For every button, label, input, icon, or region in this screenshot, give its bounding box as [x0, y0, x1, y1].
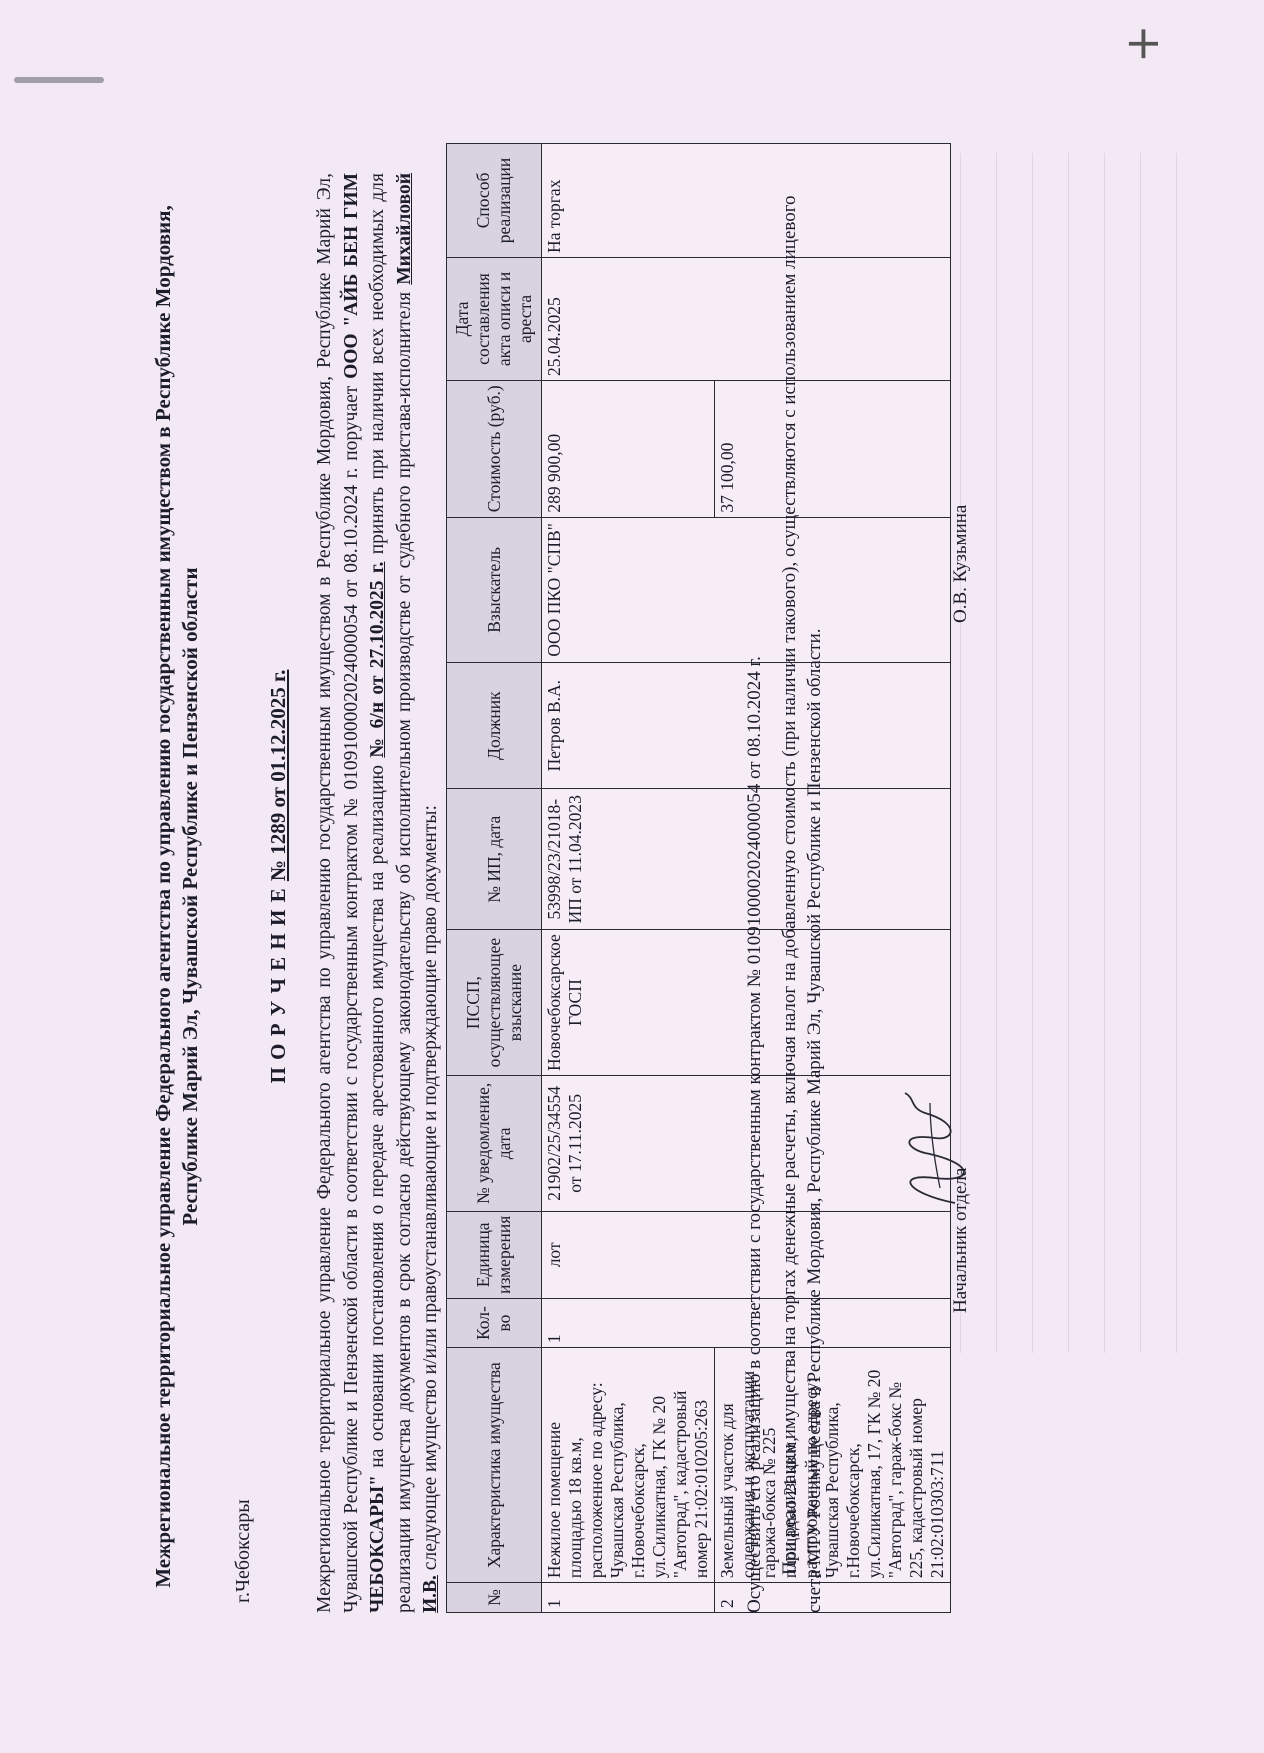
city-label: г.Чебоксары — [232, 1499, 255, 1603]
header-debtor: Должник — [447, 663, 542, 789]
header-act-date: Дата составления акта описи и ареста — [447, 257, 542, 380]
property-table: № Характеристика имущества Кол-во Единиц… — [446, 143, 951, 1613]
cell-num: 1 — [542, 1583, 715, 1613]
document-title: П О Р У Ч Е Н И Е № 1289 от 01.12.2025 г… — [266, 0, 291, 1753]
signer-name: О.В. Кузьмина — [950, 505, 972, 623]
signer-role: Начальник отдела — [950, 1168, 972, 1313]
cell-cost: 289 900,00 — [542, 381, 715, 518]
title-number: № 1289 от 01.12.2025 г. — [266, 670, 290, 882]
intro-paragraph: Межрегиональное территориальное управлен… — [312, 173, 445, 1613]
header-qty: Кол-во — [447, 1298, 542, 1347]
scan-artifact-mark — [14, 77, 104, 83]
scanned-document-page: + Межрегиональное территориальное управл… — [0, 0, 1264, 1753]
header-unit: Единица измерения — [447, 1211, 542, 1298]
header-num: № — [447, 1583, 542, 1613]
table-row: 1 Нежилое помещение площадью 18 кв.м, ра… — [542, 144, 715, 1613]
header-notice: № уведомление, дата — [447, 1075, 542, 1211]
header-method: Способ реализации — [447, 144, 542, 258]
intro-text-1: Межрегиональное территориальное управлен… — [314, 173, 362, 1613]
header-pssp: ПССП, осуществляющее взыскание — [447, 930, 542, 1076]
header-creditor: Взыскатель — [447, 517, 542, 663]
scan-artifact-plus: + — [1115, 24, 1169, 63]
intro-text-4: следующее имущество и/или правоустанавли… — [420, 805, 441, 1575]
table-header-row: № Характеристика имущества Кол-во Единиц… — [447, 144, 542, 1613]
organization-header: Межрегиональное территориальное управлен… — [150, 0, 204, 1753]
closing-line-2: При реализации имущества на торгах денеж… — [777, 173, 827, 1613]
header-ip: № ИП, дата — [447, 789, 542, 930]
intro-text-2: на основании постановления о передаче ар… — [367, 758, 388, 1475]
header-description: Характеристика имущества — [447, 1348, 542, 1583]
resolution-number: № 6/н от 27.10.2025 г. — [367, 562, 388, 758]
closing-text: Осуществить его реализацию в соответстви… — [742, 173, 837, 1613]
header-cost: Стоимость (руб.) — [447, 381, 542, 518]
closing-line-1: Осуществить его реализацию в соответстви… — [742, 173, 767, 1613]
cell-description: Нежилое помещение площадью 18 кв.м, расп… — [542, 1348, 715, 1583]
title-word: П О Р У Ч Е Н И Е — [266, 887, 290, 1083]
